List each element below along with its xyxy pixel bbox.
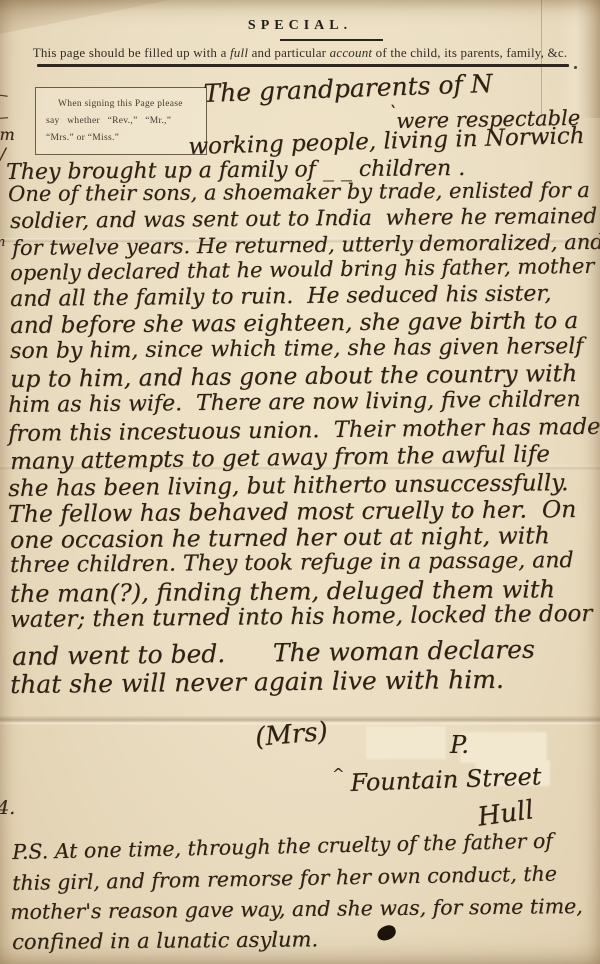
- handwritten-line: One of their sons, a shoemaker by trade,…: [8, 179, 590, 206]
- margin-mark: /: [0, 146, 6, 165]
- handwritten-line: The grandparents of N: [203, 70, 493, 108]
- redaction-box: [461, 733, 546, 762]
- signing-note-line: say whether “Rev.,” “Mr.,”: [46, 113, 197, 130]
- signature-city: Hull: [476, 796, 535, 832]
- signing-note-box: When signing this Page please say whethe…: [35, 87, 207, 155]
- pen-tick-mark: ˋ: [388, 104, 397, 124]
- handwritten-line: mother's reason gave way, and she was, f…: [10, 895, 583, 924]
- document-title: SPECIAL.: [0, 18, 600, 34]
- handwritten-line: and all the family to ruin. He seduced h…: [10, 282, 552, 312]
- signature-street: Fountain Street: [350, 763, 542, 796]
- instruction-segment: of the child, its parents, family, &c.: [372, 45, 567, 60]
- instruction-segment-italic: full: [230, 45, 248, 60]
- handwritten-line: working people, living in Norwich: [188, 124, 585, 160]
- scanned-document-page: SPECIAL. This page should be filled up w…: [0, 0, 600, 964]
- handwritten-line: openly declared that he would bring his …: [10, 255, 594, 285]
- ink-dot: [574, 66, 577, 69]
- signing-note-line: “Mrs.” or “Miss.”: [46, 130, 197, 147]
- ink-blot: [375, 923, 397, 942]
- margin-mark: m: [0, 236, 5, 250]
- signature-initial: P.: [450, 732, 469, 758]
- handwritten-line: confined in a lunatic asylum.: [12, 928, 318, 954]
- instruction-segment-italic: account: [330, 45, 373, 60]
- signing-note-line: When signing this Page please: [46, 96, 197, 113]
- margin-mark: am: [0, 126, 15, 144]
- handwritten-line: soldier, and was sent out to India where…: [10, 205, 597, 234]
- handwritten-line: P.S. At one time, through the cruelty of…: [12, 830, 553, 864]
- instruction-segment: This page should be filled up with a: [33, 45, 230, 60]
- margin-mark: —: [0, 88, 9, 104]
- margin-mark: —: [0, 111, 9, 126]
- handwritten-line: him as his wife. There are now living, f…: [8, 388, 581, 418]
- instruction-line: This page should be filled up with a ful…: [0, 45, 600, 61]
- caret-mark: ^: [332, 766, 345, 783]
- handwritten-line: three children. They took refuge in a pa…: [10, 549, 574, 578]
- header-rule: [37, 64, 569, 67]
- redaction-box: [367, 727, 445, 758]
- handwritten-line: this girl, and from remorse for her own …: [12, 862, 557, 894]
- handwritten-line: water; then turned into his home, locked…: [10, 602, 592, 633]
- instruction-segment: and particular: [248, 45, 330, 60]
- signature-mrs: (Mrs): [254, 718, 329, 753]
- title-underline: [280, 39, 383, 41]
- handwritten-line: that she will never again live with him.: [10, 666, 504, 699]
- margin-mark: 4.: [0, 798, 15, 819]
